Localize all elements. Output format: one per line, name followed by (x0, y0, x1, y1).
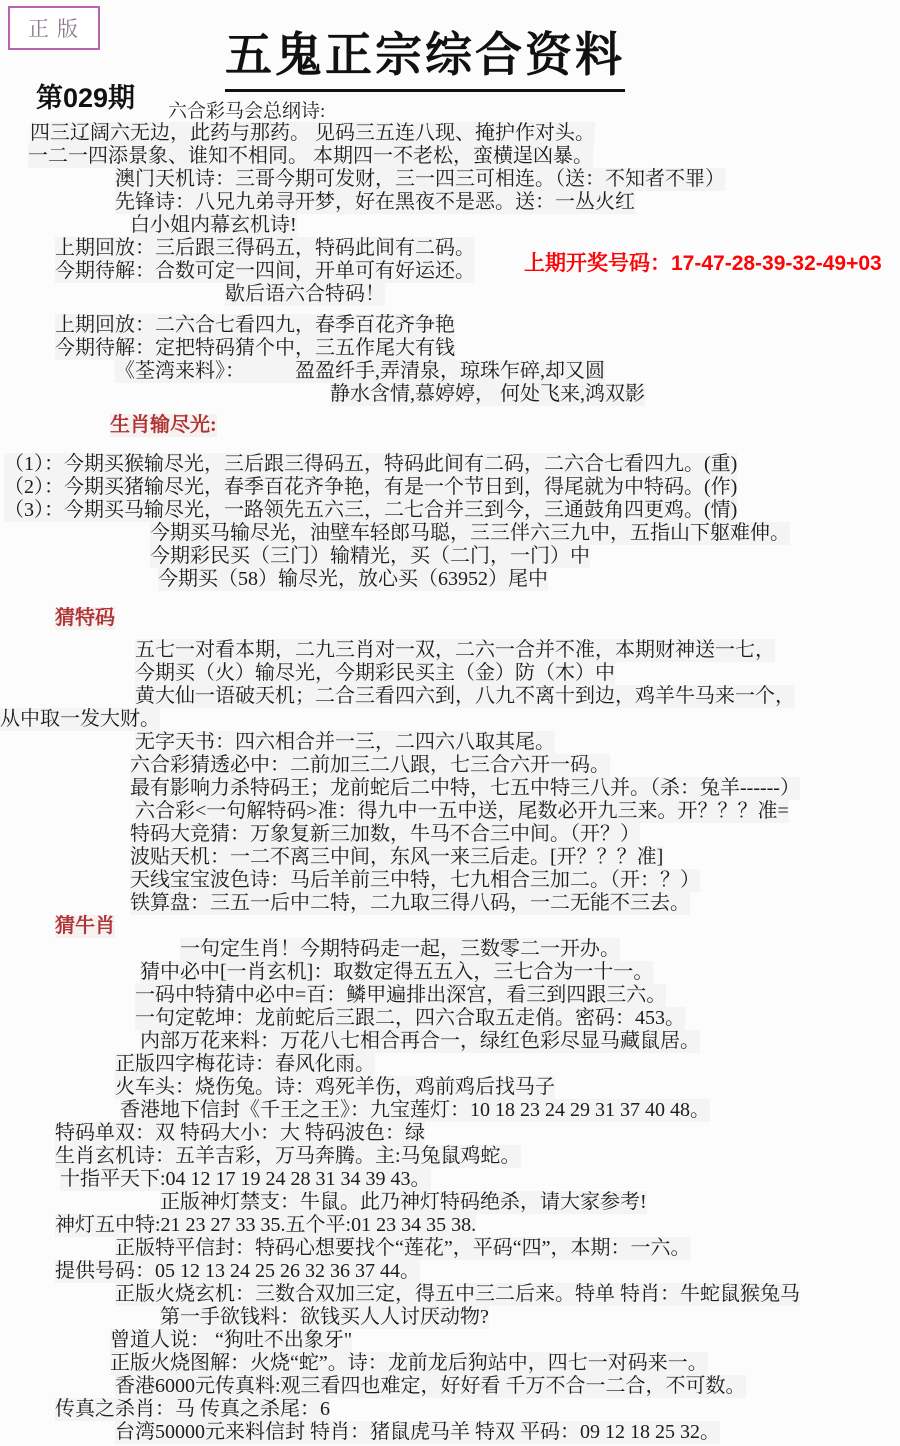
section-heading-niuxiao: 猜牛肖 (55, 915, 115, 938)
text-line: 最有影响力杀特码王；龙前蛇后二中特，七五中特三八并。（杀：兔羊------） (130, 777, 800, 800)
text-line: 一句定生肖！今期特码走一起，三数零二一开办。 (180, 938, 620, 961)
text-line: 上期回放：三后跟三得码五，特码此间有二码。 (55, 237, 475, 260)
text-line: 今期买（火）输尽光，今期彩民买主（金）防（木）中 (135, 662, 615, 685)
text-line: 香港地下信封《千王之王》：九宝莲灯：10 18 23 24 29 31 37 4… (120, 1099, 710, 1122)
text-line: 一二一四添景象、谁知不相同。 本期四一不老松，蛮横逞凶暴。 (28, 145, 593, 168)
section-heading-shengxiao: 生肖输尽光: (110, 414, 217, 437)
text-line: 传真之杀肖：马 传真之杀尾：6 (55, 1398, 330, 1421)
section-heading-tema: 猜特码 (55, 607, 115, 630)
text-line: 十指平天下:04 12 17 19 24 28 31 34 39 43。 (60, 1168, 431, 1191)
text-line: 六合彩<一句解特码>准：得九中一五中送，尾数必开九三来。开？？？准= (135, 800, 789, 823)
text-line: 猜中必中[一肖玄机]：取数定得五五入，三七合为一十一。 (140, 961, 653, 984)
text-line: 正版神灯禁支：牛鼠。此乃神灯特码绝杀，请大家参考! (160, 1191, 647, 1214)
text-line: 六合彩猜透必中：二前加三二八跟，七三合六开一码。 (130, 754, 610, 777)
text-line: 黄大仙一语破天机；二合三看四六到，八九不离十到边，鸡羊牛马来一个， (135, 685, 795, 708)
text-line: 五七一对看本期，二九三肖对一双，二六一合并不准，本期财神送一七， (135, 639, 775, 662)
text-line: 火车头：烧伤兔。诗：鸡死羊伤，鸡前鸡后找马子 (115, 1076, 555, 1099)
text-line: 第一手欲钱料：欲钱买人人讨厌动物? (160, 1306, 489, 1329)
text-line: 生肖玄机诗：五羊吉彩，万马奔腾。主:马兔鼠鸡蛇。 (55, 1145, 521, 1168)
text-line: 曾道人说： “狗吐不出象牙" (110, 1329, 352, 1352)
text-line: 正版火烧图解：火烧“蛇”。诗：龙前龙后狗站中，四七一对码来一。 (110, 1352, 708, 1375)
issue-number: 第029期 (36, 76, 135, 115)
text-line: 铁算盘：三五一后中二特，二九取三得八码，一二无能不三去。 (130, 892, 690, 915)
text-line: 上期回放：二六合七看四九，春季百花齐争艳 (55, 314, 455, 337)
text-line: 无字天书：四六相合并一三，二四六八取其尾。 (135, 731, 555, 754)
text-line: 神灯五中特:21 23 27 33 35.五个平:01 23 34 35 38. (55, 1214, 476, 1237)
text-line: 正版特平信封：特码心想要找个“莲花”，平码“四”，本期：一六。 (115, 1237, 691, 1260)
text-line: 《荃湾来料》： 盈盈纤手,弄清泉，琼珠乍碎,却又圆 (115, 360, 605, 383)
text-line: 今期买（58）输尽光，放心买（63952）尾中 (158, 568, 548, 591)
intro-line: 六合彩马会总纲诗: (168, 96, 325, 123)
text-line: 波贴天机：一二不离三中间，东风一来三后走。[开？？？准] (130, 846, 663, 869)
text-line: 静水含情,慕婷婷， 何处飞来,鸿双影 (330, 383, 645, 406)
text-line: 从中取一发大财。 (0, 708, 160, 731)
text-line: 四三辽阔六无边，此药与那药。 见码三五连八现、掩护作对头。 (30, 122, 595, 145)
text-line: 澳门天机诗：三哥今期可发财，三一四三可相连。（送：不知者不罪） (115, 168, 725, 191)
text-line: 今期待解：合数可定一四间，开单可有好运还。 (55, 260, 475, 283)
text-line: 今期买马输尽光，油壁车轻郎马聪，三三伴六三九中，五指山下躯难伸。 (150, 522, 790, 545)
text-line: 天线宝宝波色诗：马后羊前三中特，七九相合三加二。（开：？） (130, 869, 700, 892)
text-line: 香港6000元传真料:观三看四也难定，好好看 千万不合一二合，不可数。 (115, 1375, 746, 1398)
text-line: （2）：今期买猪输尽光，春季百花齐争艳，有是一个节日到，得尾就为中特码。(作) (4, 476, 737, 499)
text-line: 先锋诗：八兄九弟寻开梦，好在黑夜不是恶。送：一丛火红 (115, 191, 635, 214)
page-header: 正版 五鬼正宗综合资料 第029期 六合彩马会总纲诗: (0, 0, 900, 122)
text-line: 正版火烧玄机：三数合双加三定，得五中三二后来。特单 特肖：牛蛇鼠猴兔马 (115, 1283, 800, 1306)
text-line: 提供号码：05 12 13 24 25 26 32 36 37 44。 (55, 1260, 420, 1283)
text-line: 歇后语六合特码！ (225, 283, 385, 306)
text-line: （1）：今期买猴输尽光，三后跟三得码五，特码此间有二码，二六合七看四九。(重) (4, 453, 737, 476)
text-line: 一句定乾坤：龙前蛇后三跟二，四六合取五走俏。密码：453。 (135, 1007, 685, 1030)
text-line: 白小姐内幕玄机诗! (130, 214, 297, 237)
page-title: 五鬼正宗综合资料 (225, 18, 625, 92)
text-line: 今期彩民买（三门）输精光，买（二门，一门）中 (150, 545, 590, 568)
content-body: 四三辽阔六无边，此药与那药。 见码三五连八现、掩护作对头。 一二一四添景象、谁知… (0, 122, 900, 1444)
text-line: 特码单双：双 特码大小：大 特码波色：绿 (55, 1122, 425, 1145)
text-line: 一码中特猜中必中=百：鳞甲遍排出深宫，看三到四跟三六。 (135, 984, 666, 1007)
text-line: 特码大竞猜：万象复新三加数，牛马不合三中间。（开？） (130, 823, 640, 846)
text-line: （3）：今期买马输尽光，一路领先五六三，二七合并三到今，三通鼓角四更鸡。(情) (4, 499, 737, 522)
text-line: 正版四字梅花诗：春风化雨。 (115, 1053, 375, 1076)
text-line: 台湾50000元来料信封 特肖：猪鼠虎马羊 特双 平码：09 12 18 25 … (115, 1421, 720, 1444)
text-line: 内部万花来料：万花八七相合再合一，绿红色彩尽显马藏鼠居。 (140, 1030, 700, 1053)
edition-badge: 正版 (8, 6, 100, 50)
text-line: 今期待解：定把特码猜个中，三五作尾大有钱 (55, 337, 455, 360)
